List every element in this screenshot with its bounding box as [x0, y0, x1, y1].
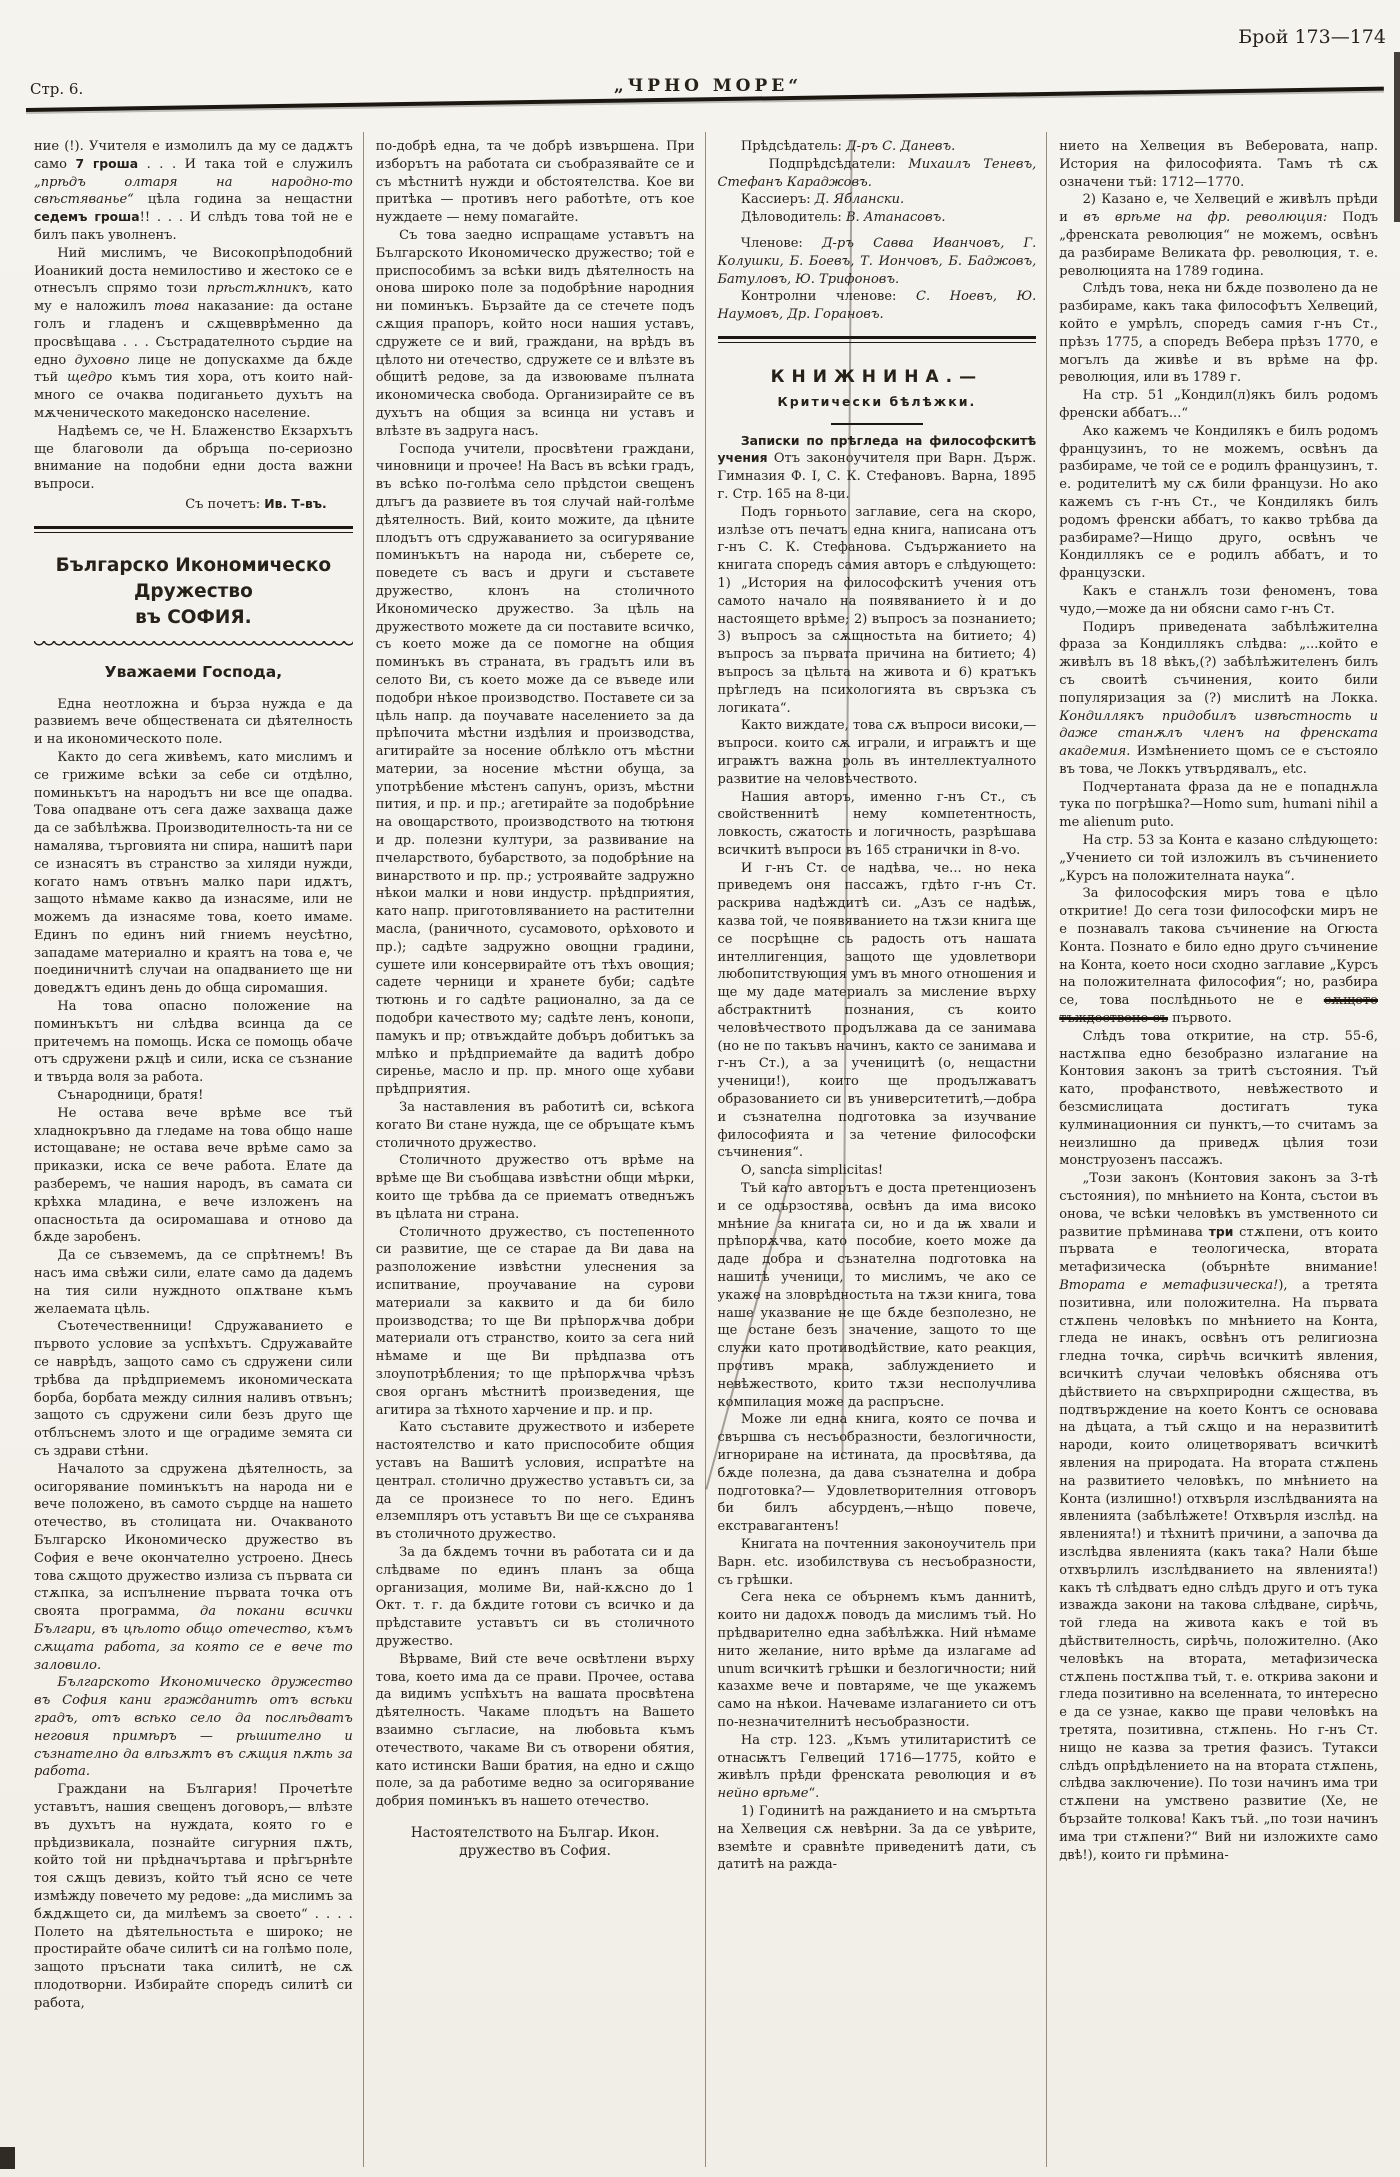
- paragraph: Подиръ приведената забѣлѣжителна фраза з…: [1059, 619, 1378, 779]
- paragraph: Столичното дружество, съ постепенното си…: [376, 1224, 695, 1420]
- paragraph: Господа учители, просвѣтени граждани, чи…: [376, 441, 695, 1099]
- paragraph: За философския миръ това е цѣло откритие…: [1059, 885, 1378, 1027]
- paragraph: И г-нъ Ст. се надѣва, че... но нека прив…: [718, 860, 1037, 1163]
- paragraph: Какъ е станѫлъ този феноменъ, това чудо,…: [1059, 583, 1378, 619]
- paragraph: Да се съвземемъ, да се спрѣтнемъ! Въ нас…: [34, 1247, 353, 1318]
- newspaper-page: Стр. 6. „ЧРНО МОРЕ“ Брой 173—174 ние (!)…: [0, 0, 1400, 2177]
- paragraph: Като съставите дружеството и изберете на…: [376, 1419, 695, 1544]
- column-2: по-добрѣ една, та че добрѣ извършена. Пр…: [363, 132, 705, 2167]
- column-3: Прѣдсѣдатель: Д-ръ С. Даневъ. Подпрѣдсѣд…: [705, 132, 1047, 2167]
- paragraph: ние (!). Учителя е измолилъ да му се дад…: [34, 138, 353, 245]
- paragraph: Столичното дружество отъ врѣме на врѣме …: [376, 1152, 695, 1223]
- paragraph: Подчертаната фраза да не е попаднѫла тук…: [1059, 779, 1378, 832]
- column-1: ние (!). Учителя е измолилъ да му се дад…: [22, 132, 363, 2167]
- paragraph: Съ това заедно испращаме уставътъ на Бъл…: [376, 227, 695, 441]
- paragraph: Членове: Д-ръ Савва Иванчовъ, Г. Колушки…: [718, 235, 1037, 288]
- paragraph: Уважаеми Господа,: [34, 664, 353, 682]
- paragraph: нието на Хелвеция въ Веберовата, напр. И…: [1059, 138, 1378, 191]
- paragraph: Книгата на почтенния законоучитель при В…: [718, 1536, 1037, 1589]
- paragraph: Надѣемъ се, че Н. Блаженство Екзархътъ щ…: [34, 423, 353, 494]
- columns-container: ние (!). Учителя е измолилъ да му се дад…: [22, 132, 1388, 2167]
- paragraph: Тъй като авторътъ е доста претенциозенъ …: [718, 1180, 1037, 1411]
- paragraph: Настоятелството на Българ. Икон.дружеств…: [376, 1825, 695, 1861]
- paragraph: Съ почетъ: Ив. Т-въ.: [34, 496, 353, 514]
- paragraph: Критически бѣлѣжки.: [718, 393, 1037, 411]
- paragraph: Началото за сдружена дѣятелность, за оси…: [34, 1461, 353, 1675]
- paragraph: „Този законъ (Контовия законъ за 3-тѣ съ…: [1059, 1170, 1378, 1864]
- paragraph: Дѣловодитель: В. Атанасовъ.: [718, 209, 1037, 227]
- paragraph: О, sancta simplicitas!: [718, 1162, 1037, 1180]
- paragraph: За наставления въ работитѣ си, всѣкога к…: [376, 1099, 695, 1152]
- paragraph: Кассиеръ: Д. Яблански.: [718, 191, 1037, 209]
- paragraph: На стр. 51 „Кондил(л)якъ билъ родомъ фре…: [1059, 387, 1378, 423]
- paragraph: Както до сега живѣемъ, като мислимъ и се…: [34, 749, 353, 998]
- paragraph: Вѣрваме, Вий сте вече освѣтлени върху то…: [376, 1651, 695, 1811]
- paragraph: Съотечественници! Сдружаванието е първот…: [34, 1318, 353, 1460]
- paragraph: За да бѫдемъ точни въ работата си и да с…: [376, 1544, 695, 1651]
- paragraph: На стр. 123. „Къмъ утилитариститѣ се отн…: [718, 1732, 1037, 1803]
- paragraph: Може ли една книга, която се почва и свъ…: [718, 1411, 1037, 1536]
- paragraph: КНИЖНИНА.—: [718, 369, 1037, 387]
- scan-artifact: [0, 2147, 15, 2169]
- paragraph: Граждани на България! Прочетѣте уставътъ…: [34, 1781, 353, 2012]
- paragraph: Българското Икономическо дружество въ Со…: [34, 1674, 353, 1781]
- paragraph: Една неотложна и бърза нужда е да развие…: [34, 696, 353, 749]
- paragraph: На стр. 53 за Конта е казано слѣдующето:…: [1059, 832, 1378, 885]
- paragraph: Слѣдъ това, нека ни бѫде позволено да не…: [1059, 280, 1378, 387]
- paragraph: по-добрѣ една, та че добрѣ извършена. Пр…: [376, 138, 695, 227]
- paragraph: На това опасно положение на поминъкътъ н…: [34, 998, 353, 1087]
- paragraph: Прѣдсѣдатель: Д-ръ С. Даневъ.: [718, 138, 1037, 156]
- masthead-title: „ЧРНО МОРЕ“: [614, 76, 802, 108]
- rule-short: [831, 423, 923, 425]
- paragraph: Подпрѣдсѣдатели: Михаилъ Теневъ, Стефанъ…: [718, 156, 1037, 192]
- paragraph: Не остава вече врѣме все тъй хладнокръвн…: [34, 1105, 353, 1247]
- rule-double: [34, 526, 353, 533]
- paragraph: Ако кажемъ че Кондилякъ е билъ родомъ фр…: [1059, 423, 1378, 583]
- paragraph: Нашия авторъ, именно г-нъ Ст., съ свойст…: [718, 789, 1037, 860]
- paragraph: Българско Икономическо Дружествовъ СОФИЯ…: [34, 553, 353, 631]
- paragraph: Сънародници, братя!: [34, 1087, 353, 1105]
- rule-double: [718, 336, 1037, 343]
- paragraph: Контролни членове: С. Ноевъ, Ю. Наумовъ,…: [718, 288, 1037, 324]
- paragraph: 2) Казано е, че Хелвеций е живѣлъ прѣди …: [1059, 191, 1378, 280]
- paragraph: Подъ горньото заглавие, сега на скоро, и…: [718, 504, 1037, 718]
- paragraph: Както виждате, това сѫ въпроси високи,—в…: [718, 717, 1037, 788]
- paragraph: Слѣдъ това откритие, на стр. 55-6, настѫ…: [1059, 1028, 1378, 1170]
- paragraph: Ний мислимъ, че Високопрѣподобний Иоаник…: [34, 245, 353, 423]
- issue-number-label: Брой 173—174: [802, 0, 1386, 48]
- rule-wavy: [34, 641, 353, 648]
- paragraph: 1) Годинитѣ на ражданието и на смъртьта …: [718, 1803, 1037, 1874]
- column-4: нието на Хелвеция въ Веберовата, напр. И…: [1046, 132, 1388, 2167]
- paragraph: Записки по прѣгледа на философскитѣ учен…: [718, 433, 1037, 504]
- paragraph: Сега нека се обърнемъ къмъ даннитѣ, коит…: [718, 1589, 1037, 1731]
